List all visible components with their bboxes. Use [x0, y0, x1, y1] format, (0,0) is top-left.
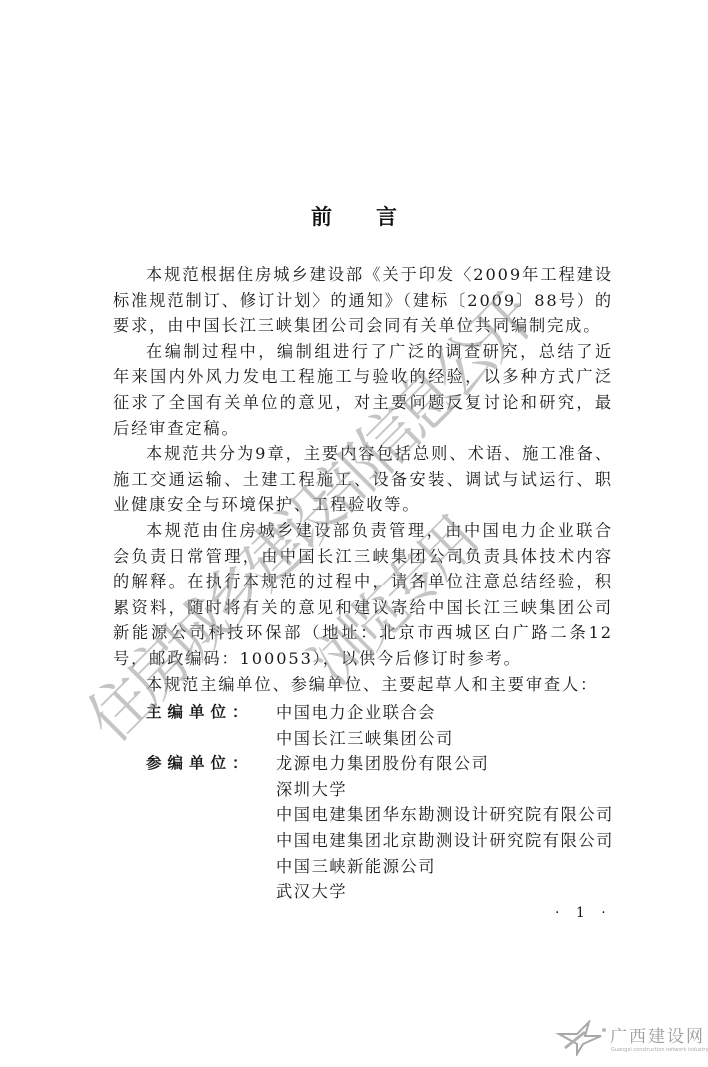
chief-editor-label: 主编单位： [113, 700, 276, 726]
unit-row: 中国三峡新能源公司 [113, 854, 613, 880]
unit-value: 中国三峡新能源公司 [276, 854, 613, 880]
unit-label-spacer [113, 802, 276, 828]
unit-value: 深圳大学 [276, 777, 613, 803]
unit-label-spacer [113, 828, 276, 854]
paragraph: 本规范根据住房城乡建设部《关于印发〈2009年工程建设标准规范制订、修订计划〉的… [113, 262, 613, 339]
unit-row: 参编单位： 龙源电力集团股份有限公司 [113, 751, 613, 777]
units-list: 主编单位： 中国电力企业联合会 中国长江三峡集团公司 参编单位： 龙源电力集团股… [113, 700, 613, 905]
document-page: 前言 本规范根据住房城乡建设部《关于印发〈2009年工程建设标准规范制订、修订计… [0, 0, 708, 1067]
logo-subtitle: Guangxi construction network industry po… [611, 1047, 708, 1053]
unit-label-spacer [113, 879, 276, 905]
paragraph: 本规范由住房城乡建设部负责管理，由中国电力企业联合会负责日常管理，由中国长江三峡… [113, 518, 613, 672]
page-number: · 1 · [555, 905, 612, 921]
unit-row: 中国长江三峡集团公司 [113, 726, 613, 752]
unit-label-spacer [113, 777, 276, 803]
unit-row: 深圳大学 [113, 777, 613, 803]
participating-units-label: 参编单位： [113, 751, 276, 777]
logo-text: 广西建设网 [610, 1022, 705, 1047]
unit-row: 武汉大学 [113, 879, 613, 905]
unit-value: 龙源电力集团股份有限公司 [276, 751, 613, 777]
site-logo: 广西建设网 Guangxi construction network indus… [555, 1020, 705, 1060]
unit-row: 中国电建集团华东勘测设计研究院有限公司 [113, 802, 613, 828]
unit-value: 中国电力企业联合会 [276, 700, 613, 726]
unit-label-spacer [113, 854, 276, 880]
paragraph: 在编制过程中，编制组进行了广泛的调查研究，总结了近年来国内外风力发电工程施工与验… [113, 339, 613, 441]
unit-value: 中国长江三峡集团公司 [276, 726, 613, 752]
unit-value: 中国电建集团华东勘测设计研究院有限公司 [276, 802, 614, 828]
paragraph: 本规范共分为9章，主要内容包括总则、术语、施工准备、施工交通运输、土建工程施工、… [113, 441, 613, 518]
unit-value: 中国电建集团北京勘测设计研究院有限公司 [276, 828, 614, 854]
star-logo-icon [555, 1020, 607, 1056]
unit-value: 武汉大学 [276, 879, 613, 905]
unit-row: 主编单位： 中国电力企业联合会 [113, 700, 613, 726]
page-title: 前言 [0, 201, 708, 231]
paragraph: 本规范主编单位、参编单位、主要起草人和主要审查人： [113, 672, 613, 698]
document-body: 本规范根据住房城乡建设部《关于印发〈2009年工程建设标准规范制订、修订计划〉的… [113, 262, 613, 905]
unit-label-spacer [113, 726, 276, 752]
unit-row: 中国电建集团北京勘测设计研究院有限公司 [113, 828, 613, 854]
